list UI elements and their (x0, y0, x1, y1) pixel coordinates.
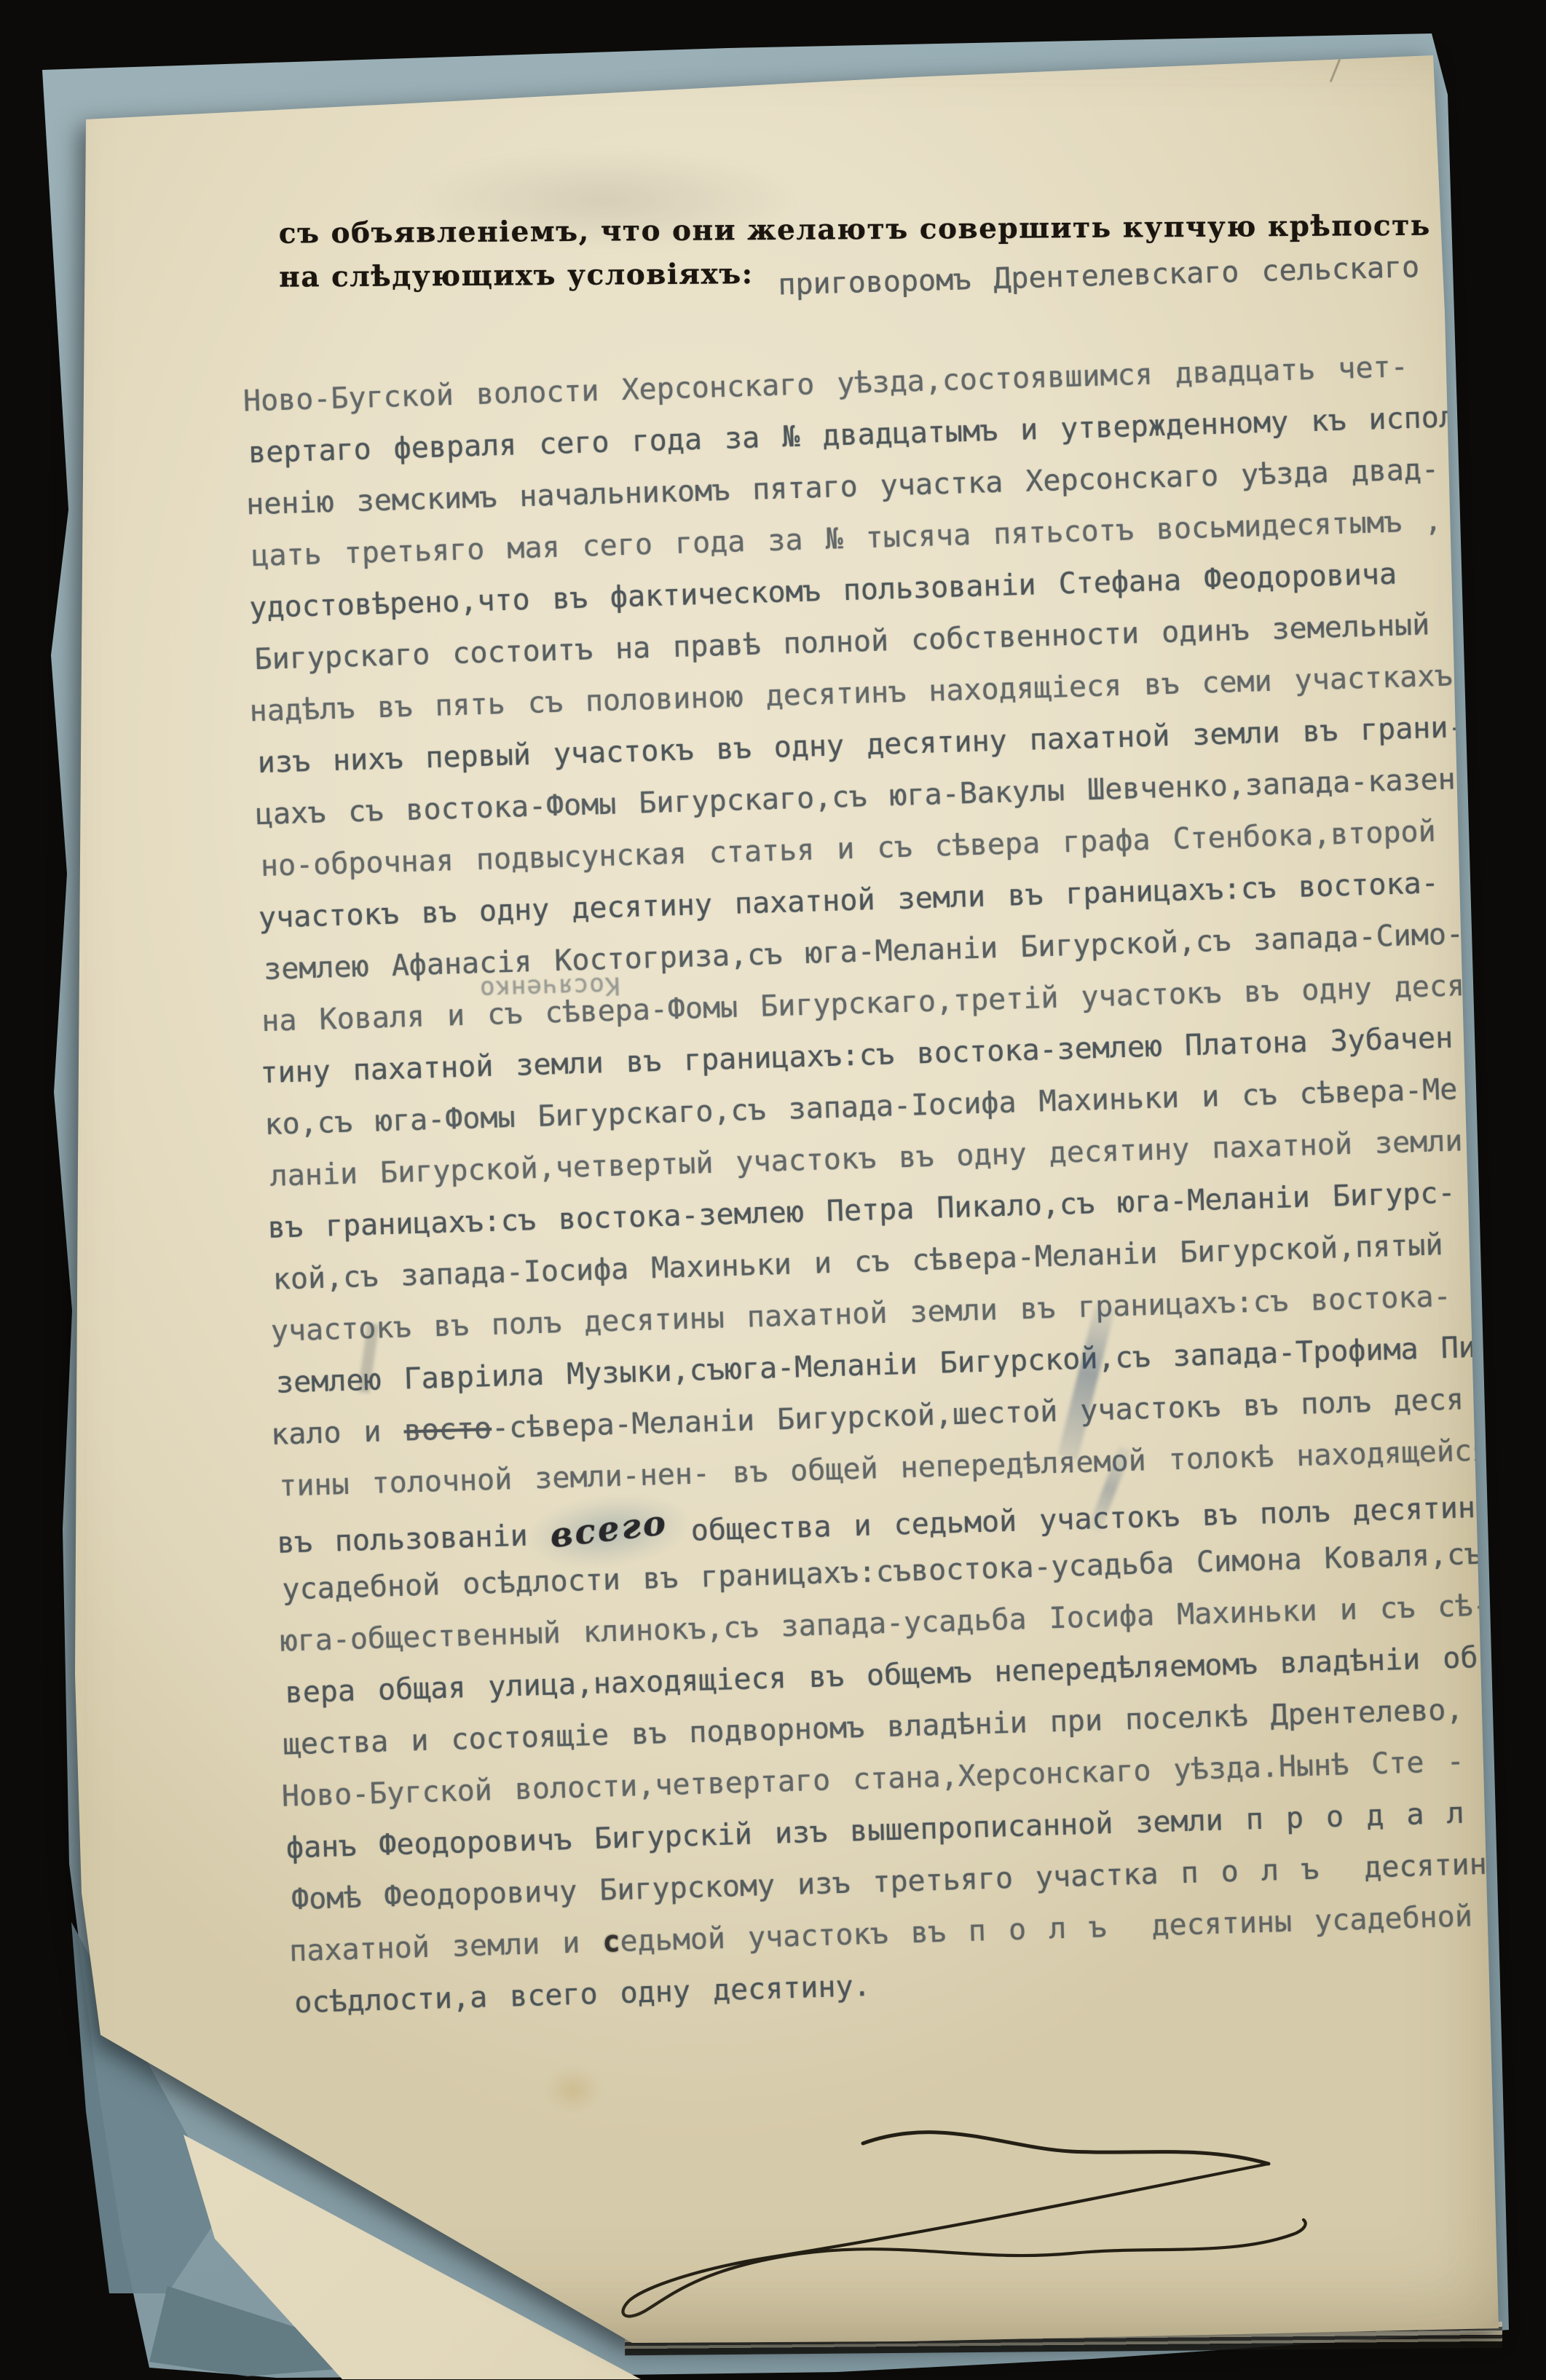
pencil-page-number: 1. (1360, 9, 1385, 37)
pen-flourish-diagonal-loop (623, 2164, 1305, 2316)
printed-text: съ объявленіемъ, что они желаютъ соверши… (279, 208, 1483, 250)
form-line-2: на слѣдующихъ условіяхъ:приговоромъ Дрен… (279, 252, 1473, 315)
typed-text: с (602, 1925, 620, 1959)
document-page-shadow: 1. съ объявленіемъ, что они желаютъ сове… (0, 0, 1546, 2380)
document-page: 1. съ объявленіемъ, что они желаютъ сове… (0, 0, 1546, 2380)
printed-text: на слѣдующихъ условіяхъ: (279, 257, 754, 294)
overtyped-upside-down-word: Косяченко (479, 970, 620, 1004)
handwritten-correction: всего (548, 1503, 670, 1557)
pen-flourish-top-bar (863, 2132, 1269, 2164)
struck-out-text: восто (403, 1412, 492, 1448)
form-line-1: съ объявленіемъ, что они желаютъ соверши… (278, 197, 1472, 260)
printed-form-header: съ объявленіемъ, что они желаютъ соверши… (278, 197, 1473, 315)
paper-stain (545, 2066, 602, 2113)
photo-backdrop: 1. съ объявленіемъ, что они желаютъ сове… (0, 0, 1546, 2380)
typed-fill-in-land: землю-------------- (1496, 185, 1546, 237)
typed-text: въ пользованіи (277, 1519, 551, 1560)
pencil-mark (1330, 59, 1341, 83)
typed-text: кало и (270, 1415, 404, 1452)
typed-lines: Ново-Бугской волости Херсонскаго уѣзда,с… (242, 349, 1515, 2039)
